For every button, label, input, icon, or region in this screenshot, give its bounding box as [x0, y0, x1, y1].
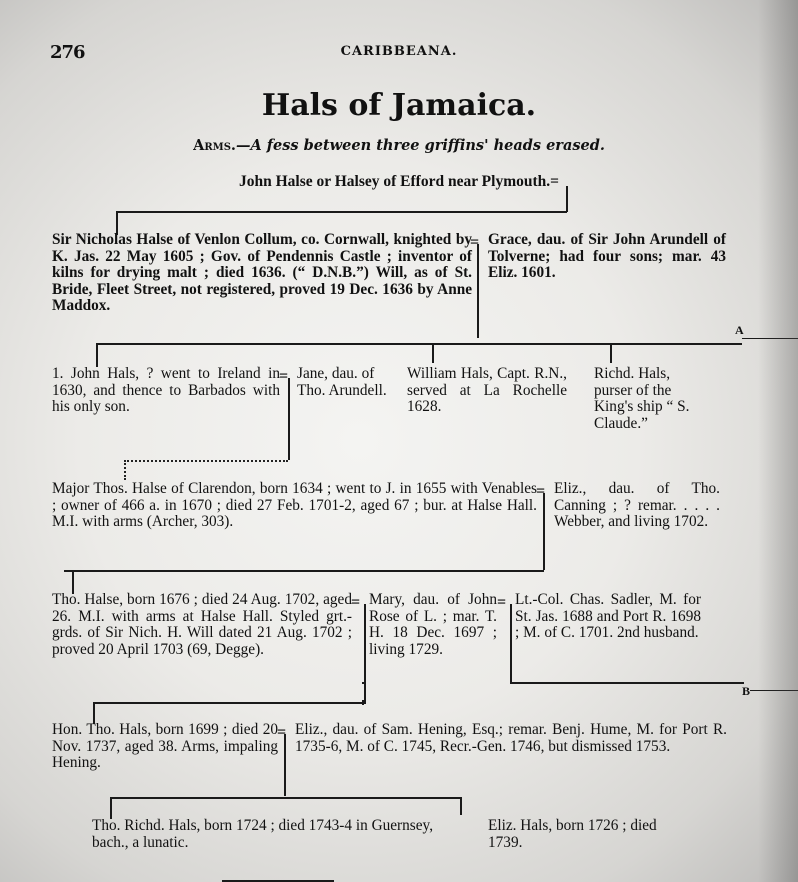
pedigree-line — [750, 690, 798, 691]
arms-blazon: A fess between three griffins' heads era… — [250, 137, 604, 154]
pedigree-line — [362, 700, 364, 702]
pedigree-line — [96, 343, 98, 367]
running-title: CARIBBEANA. — [0, 44, 798, 59]
marriage-symbol: = — [279, 372, 288, 382]
entry-chas-sadler: Lt.-Col. Chas. Sadler, M. for St. Jas. 1… — [515, 592, 701, 642]
marriage-symbol: = — [351, 598, 360, 608]
pedigree-line — [364, 604, 366, 704]
pedigree-line — [110, 797, 462, 799]
entry-john-hals: 1. John Hals, ? went to Ireland in 1630,… — [52, 366, 280, 416]
pedigree-line — [510, 682, 744, 684]
entry-eliz-hals: Eliz. Hals, born 1726 ; died 1739. — [488, 818, 688, 851]
pedigree-line — [96, 343, 742, 345]
entry-eliz-canning: Eliz., dau. of Tho. Canning ; ? remar. .… — [554, 481, 720, 531]
entry-grace-arundell: Grace, dau. of Sir John Arundell of Tolv… — [488, 232, 726, 282]
arms-line: Arms.—A fess between three griffins' hea… — [0, 137, 798, 154]
marker-b: B — [742, 684, 750, 699]
pedigree-line — [543, 493, 545, 570]
arms-dash: — — [236, 137, 251, 154]
marriage-symbol: = — [550, 173, 559, 190]
pedigree-line — [116, 211, 567, 213]
pedigree-dotted-line — [124, 460, 288, 462]
pedigree-line — [477, 244, 479, 338]
pedigree-line — [432, 343, 434, 363]
entry-jane-arundell: Jane, dau. of Tho. Arundell. — [297, 366, 389, 399]
document-page: 276 CARIBBEANA. Hals of Jamaica. Arms.—A… — [0, 0, 798, 882]
pedigree-line — [566, 186, 568, 212]
pedigree-line — [288, 378, 290, 460]
pedigree-line — [110, 797, 112, 819]
pedigree-line — [742, 338, 798, 339]
pedigree-line — [362, 703, 364, 705]
marriage-symbol: = — [497, 598, 506, 608]
entry-hon-tho-hals: Hon. Tho. Hals, born 1699 ; died 20 Nov.… — [52, 722, 278, 772]
entry-tho-richd-hals: Tho. Richd. Hals, born 1724 ; died 1743-… — [92, 818, 462, 851]
entry-richd-hals: Richd. Hals, purser of the King's ship “… — [594, 366, 702, 432]
arms-label: Arms. — [193, 137, 236, 154]
pedigree-line — [510, 604, 512, 682]
pedigree-line — [362, 682, 364, 684]
pedigree-line — [284, 734, 286, 796]
entry-eliz-hening: Eliz., dau. of Sam. Hening, Esq.; remar.… — [295, 722, 727, 755]
entry-william-hals: William Hals, Capt. R.N., served at La R… — [407, 366, 567, 416]
pedigree-line — [460, 797, 462, 815]
entry-mary-rose: Mary, dau. of John Rose of L. ; mar. T. … — [369, 592, 497, 658]
page-title: Hals of Jamaica. — [0, 88, 798, 123]
entry-tho-halse: Tho. Halse, born 1676 ; died 24 Aug. 170… — [52, 592, 352, 658]
pedigree-line — [64, 570, 544, 572]
entry-sir-nicholas-halse: Sir Nicholas Halse of Venlon Collum, co.… — [52, 232, 472, 315]
pedigree-line — [93, 702, 365, 704]
pedigree-line — [610, 343, 612, 363]
pedigree-dotted-line — [124, 460, 126, 480]
entry-major-thos-halse: Major Thos. Halse of Clarendon, born 163… — [52, 481, 537, 531]
progenitor-entry: John Halse or Halsey of Efford near Plym… — [0, 173, 798, 191]
marker-a: A — [735, 323, 744, 338]
